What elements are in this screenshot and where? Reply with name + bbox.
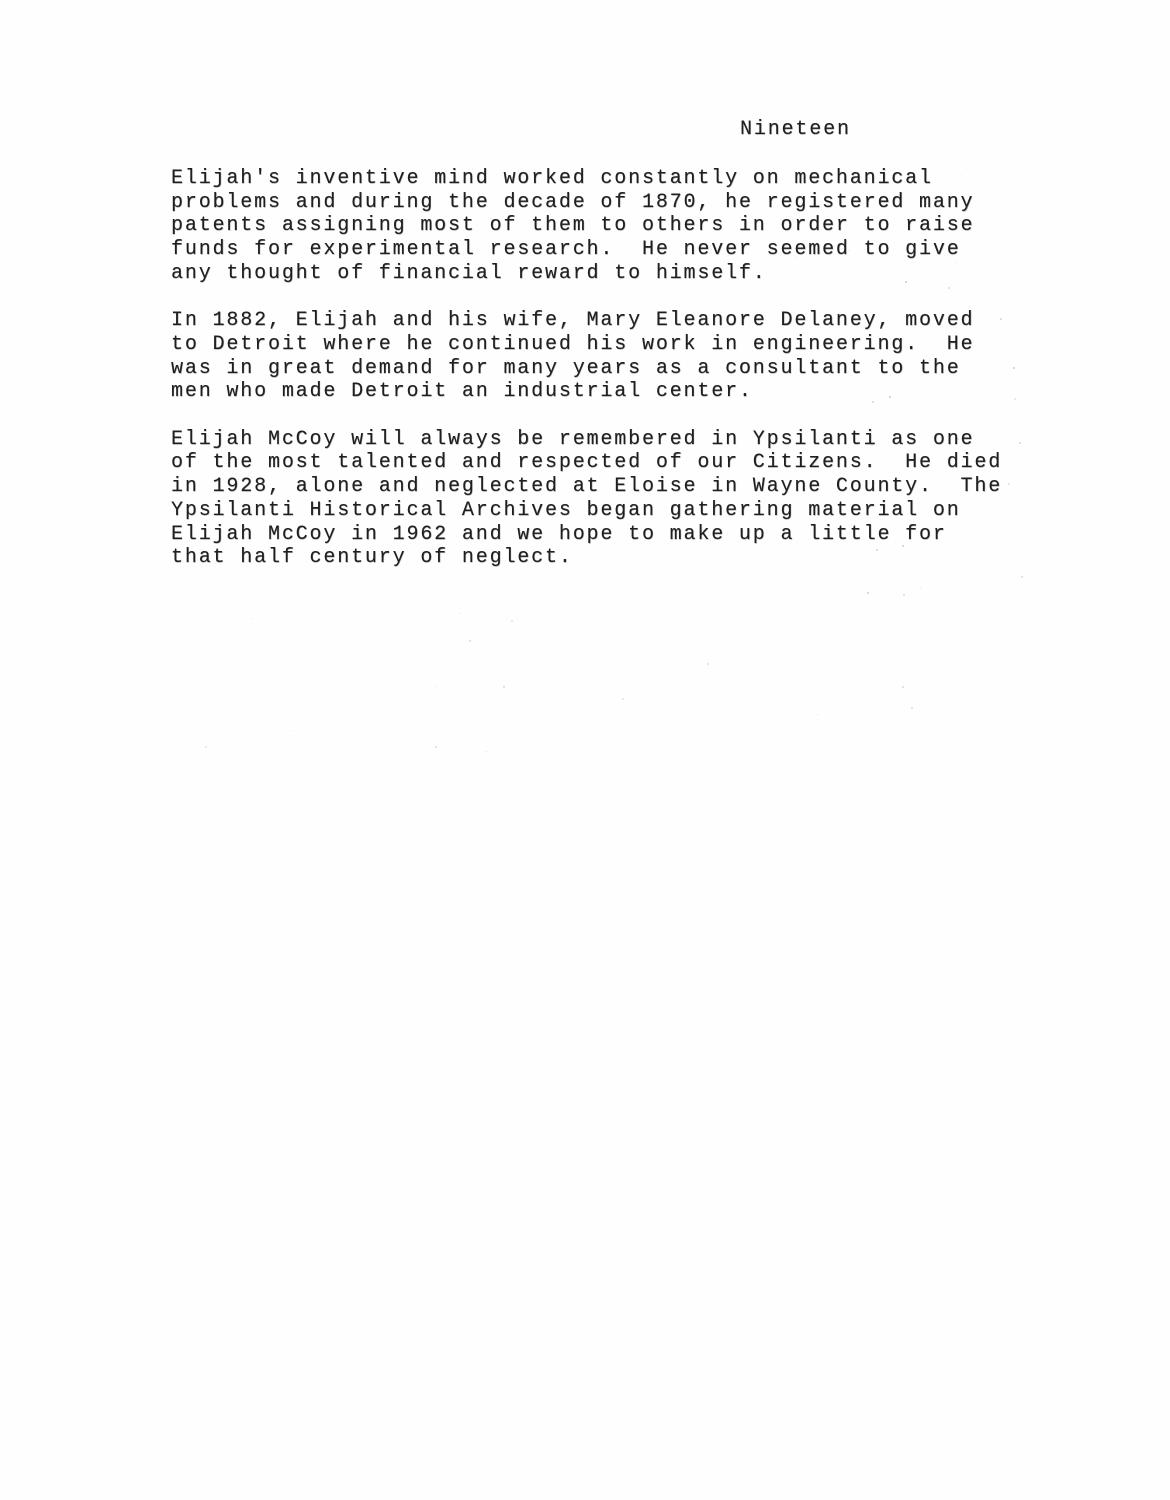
text-line: men who made Detroit an industrial cente… [171, 380, 1002, 404]
text-line: Ypsilanti Historical Archives began gath… [171, 499, 1002, 523]
scan-speckle [469, 640, 471, 642]
text-line: that half century of neglect. [171, 546, 1002, 570]
scan-speckle [817, 714, 818, 715]
scan-speckle [1019, 442, 1021, 444]
scan-speckle [902, 686, 904, 688]
document-page: Nineteen Elijah's inventive mind worked … [0, 0, 1170, 1500]
scan-speckle [503, 686, 505, 688]
text-line: Elijah McCoy will always be remembered i… [171, 428, 1002, 452]
scan-speckle [486, 751, 487, 752]
paragraph: In 1882, Elijah and his wife, Mary Elean… [171, 309, 1002, 404]
scan-speckle [1008, 483, 1010, 485]
scan-speckle [911, 707, 913, 709]
text-line: Elijah's inventive mind worked constantl… [171, 167, 1002, 191]
text-line: in 1928, alone and neglected at Eloise i… [171, 475, 1002, 499]
text-line: Elijah McCoy in 1962 and we hope to make… [171, 523, 1002, 547]
scan-speckle [460, 613, 461, 614]
scan-speckle [205, 746, 207, 748]
scan-speckle [903, 594, 905, 596]
scan-speckle [622, 698, 624, 700]
scan-speckle [435, 746, 437, 748]
text-line: of the most talented and respected of ou… [171, 451, 1002, 475]
paragraph: Elijah's inventive mind worked constantl… [171, 167, 1002, 286]
text-line: any thought of financial reward to himse… [171, 262, 1002, 286]
text-line: was in great demand for many years as a … [171, 357, 1002, 381]
scan-speckle [707, 663, 709, 665]
document-body: Elijah's inventive mind worked constantl… [171, 167, 1002, 594]
text-line: to Detroit where he continued his work i… [171, 333, 1002, 357]
text-line: problems and during the decade of 1870, … [171, 191, 1002, 215]
paragraph: Elijah McCoy will always be remembered i… [171, 428, 1002, 570]
text-line: patents assigning most of them to others… [171, 214, 1002, 238]
scan-speckle [511, 620, 513, 622]
scan-speckle [252, 618, 253, 619]
page-number: Nineteen [740, 118, 851, 142]
scan-speckle [1013, 367, 1015, 369]
scan-speckle [290, 730, 291, 731]
scan-speckle [435, 686, 436, 687]
text-line: In 1882, Elijah and his wife, Mary Elean… [171, 309, 1002, 333]
scan-speckle [1021, 576, 1023, 578]
text-line: funds for experimental research. He neve… [171, 238, 1002, 262]
scan-speckle [1014, 398, 1016, 400]
